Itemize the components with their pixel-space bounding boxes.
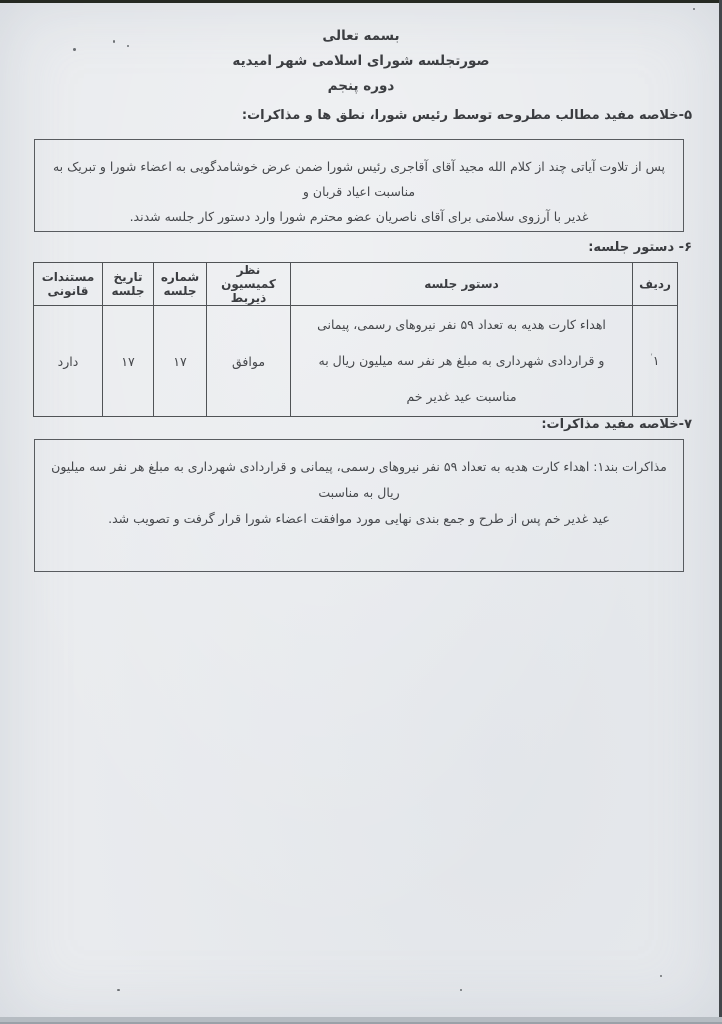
cell-legal-docs: دارد: [34, 306, 103, 417]
document-title: صورتجلسه شورای اسلامی شهر امیدیه: [0, 49, 722, 74]
agenda-table: ردیف دستور جلسه نظر کمیسیون ذیربط شماره …: [33, 262, 678, 417]
section5-heading: ۵-خلاصه مفید مطالب مطروحه توسط رئیس شورا…: [242, 108, 692, 123]
section7-text-box: مذاکرات بند۱: اهداء کارت هدیه به تعداد ۵…: [34, 439, 684, 572]
ink-speck: [693, 8, 695, 10]
scan-edge-bottom: [0, 1017, 722, 1024]
scan-edge-top: [0, 0, 722, 3]
cell-session-date: ۱۷: [103, 306, 154, 417]
section5-text-box: پس از تلاوت آیاتی چند از کلام الله مجید …: [34, 139, 684, 232]
ink-speck: [460, 989, 462, 991]
section7-body-line1: مذاکرات بند۱: اهداء کارت هدیه به تعداد ۵…: [43, 454, 675, 506]
radif-value: ۱: [653, 354, 660, 369]
ink-speck: [660, 975, 662, 977]
col-header-commission: نظر کمیسیون ذیربط: [207, 263, 291, 306]
cell-session-number: ۱۷: [154, 306, 207, 417]
agenda-line2: و قراردادی شهرداری به مبلغ هر نفر سه میل…: [295, 343, 628, 379]
agenda-line3: مناسبت عید غدیر خم: [295, 379, 628, 415]
cell-agenda: اهداء کارت هدیه به تعداد ۵۹ نفر نیروهای …: [291, 306, 633, 417]
scanned-document-page: { "header": { "bismillah": "بسمه تعالی",…: [0, 0, 722, 1024]
col-header-agenda: دستور جلسه: [291, 263, 633, 306]
term-line: دوره پنجم: [0, 74, 722, 99]
col-header-legal-docs: مستندات قانونی: [34, 263, 103, 306]
document-header: بسمه تعالی صورتجلسه شورای اسلامی شهر امی…: [0, 24, 722, 99]
agenda-table-header-row: ردیف دستور جلسه نظر کمیسیون ذیربط شماره …: [34, 263, 678, 306]
cell-radif: ۱ʹ: [633, 306, 678, 417]
col-header-session-date: تاریخ جلسه: [103, 263, 154, 306]
cell-commission: موافق: [207, 306, 291, 417]
section6-heading: ۶- دستور جلسه:: [588, 240, 692, 255]
section7-body-line2: عید غدیر خم پس از طرح و جمع بندی نهایی م…: [43, 506, 675, 532]
agenda-table-row: ۱ʹ اهداء کارت هدیه به تعداد ۵۹ نفر نیروه…: [34, 306, 678, 417]
section5-body-line2: غدیر با آرزوی سلامتی برای آقای ناصریان ع…: [43, 204, 675, 229]
section7-heading: ۷-خلاصه مفید مذاکرات:: [541, 417, 692, 432]
agenda-line1: اهداء کارت هدیه به تعداد ۵۹ نفر نیروهای …: [295, 307, 628, 343]
bismillah-line: بسمه تعالی: [0, 24, 722, 49]
col-header-session-number: شماره جلسه: [154, 263, 207, 306]
col-header-radif: ردیف: [633, 263, 678, 306]
section5-body-line1: پس از تلاوت آیاتی چند از کلام الله مجید …: [43, 154, 675, 204]
ink-speck: [117, 989, 120, 991]
